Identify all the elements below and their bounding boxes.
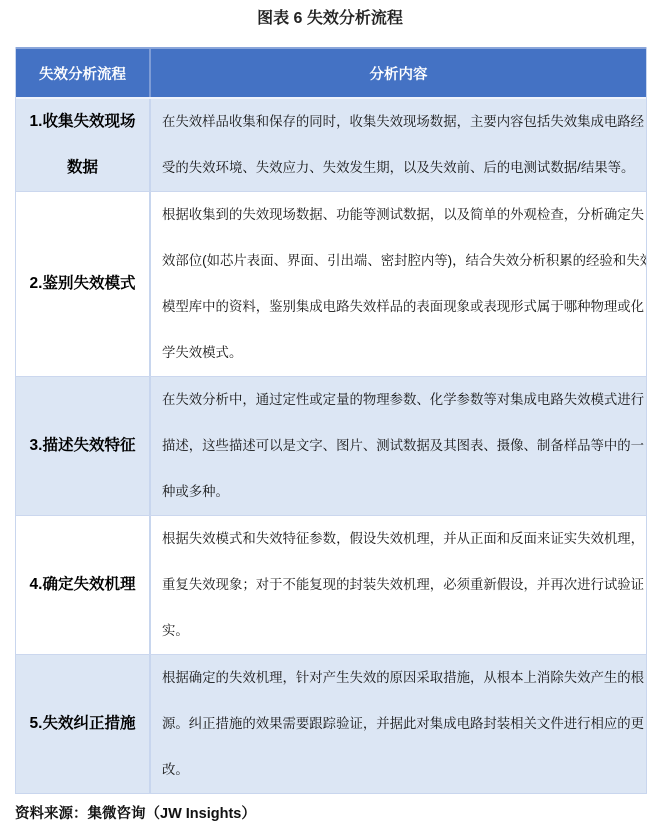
table-row: 3.描述失效特征 在失效分析中，通过定性或定量的物理参数、化学参数等对集成电路失…	[16, 376, 646, 515]
table-row: 2.鉴别失效模式 根据收集到的失效现场数据、功能等测试数据，以及简单的外观检查，…	[16, 191, 646, 376]
header-cell-content: 分析内容	[149, 49, 646, 97]
table-row: 1.收集失效现场 数据 在失效样品收集和保存的同时，收集失效现场数据，主要内容包…	[16, 97, 646, 191]
table-row: 4.确定失效机理 根据失效模式和失效特征参数，假设失效机理，并从正面和反面来证实…	[16, 515, 646, 654]
step-cell: 1.收集失效现场 数据	[16, 99, 149, 191]
table-row: 5.失效纠正措施 根据确定的失效机理，针对产生失效的原因采取措施，从根本上消除失…	[16, 654, 646, 793]
page: 图表 6 失效分析流程 失效分析流程 分析内容 1.收集失效现场 数据 在失效样…	[0, 0, 660, 834]
failure-analysis-table: 失效分析流程 分析内容 1.收集失效现场 数据 在失效样品收集和保存的同时，收集…	[15, 47, 647, 794]
header-cell-process: 失效分析流程	[16, 49, 149, 97]
step-cell: 5.失效纠正措施	[16, 655, 149, 793]
step-cell: 2.鉴别失效模式	[16, 192, 149, 376]
step-cell: 3.描述失效特征	[16, 377, 149, 515]
content-cell: 根据收集到的失效现场数据、功能等测试数据，以及简单的外观检查，分析确定失 效部位…	[149, 192, 646, 376]
table-header-row: 失效分析流程 分析内容	[16, 47, 646, 97]
content-cell: 根据确定的失效机理，针对产生失效的原因采取措施，从根本上消除失效产生的根 源。纠…	[149, 655, 646, 793]
step-cell: 4.确定失效机理	[16, 516, 149, 654]
content-cell: 在失效样品收集和保存的同时，收集失效现场数据，主要内容包括失效集成电路经 受的失…	[149, 99, 646, 191]
content-cell: 在失效分析中，通过定性或定量的物理参数、化学参数等对集成电路失效模式进行 描述，…	[149, 377, 646, 515]
source-note: 资料来源：集微咨询（JW Insights）	[15, 802, 660, 823]
table-body: 1.收集失效现场 数据 在失效样品收集和保存的同时，收集失效现场数据，主要内容包…	[16, 97, 646, 793]
content-cell: 根据失效模式和失效特征参数，假设失效机理，并从正面和反面来证实失效机理， 重复失…	[149, 516, 646, 654]
page-title: 图表 6 失效分析流程	[0, 0, 660, 29]
